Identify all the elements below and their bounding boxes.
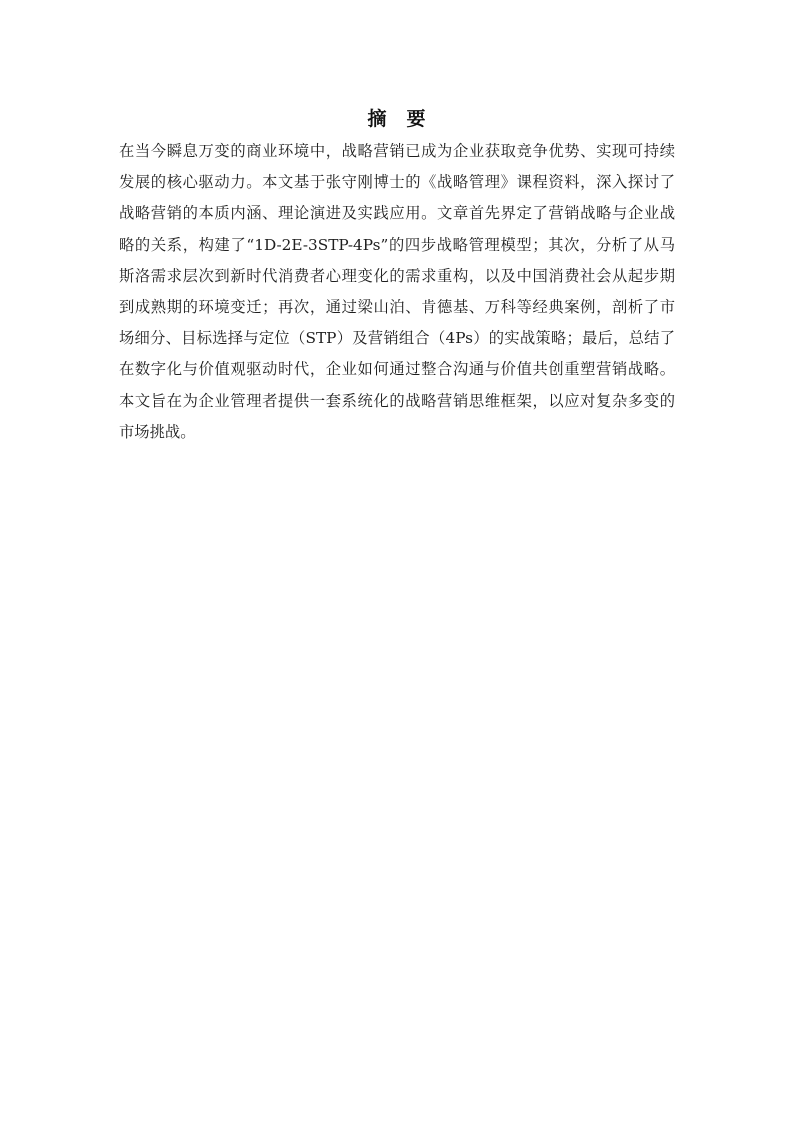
abstract-line: 本文旨在为企业管理者提供一套系统化的战略营销思维框架，以应对复杂多变的: [119, 386, 675, 417]
abstract-line: 到成熟期的环境变迁；再次，通过梁山泊、肯德基、万科等经典案例，剖析了市: [119, 292, 675, 323]
abstract-line: 市场挑战。: [119, 417, 675, 448]
abstract-line: 在当今瞬息万变的商业环境中，战略营销已成为企业获取竞争优势、实现可持续: [119, 136, 675, 167]
abstract-line: 在数字化与价值观驱动时代，企业如何通过整合沟通与价值共创重塑营销战略。: [119, 354, 675, 385]
document-page: 摘要 在当今瞬息万变的商业环境中，战略营销已成为企业获取竞争优势、实现可持续 发…: [0, 0, 793, 1122]
abstract-line: 斯洛需求层次到新时代消费者心理变化的需求重构，以及中国消费社会从起步期: [119, 261, 675, 292]
abstract-body: 在当今瞬息万变的商业环境中，战略营销已成为企业获取竞争优势、实现可持续 发展的核…: [119, 136, 675, 448]
abstract-line: 发展的核心驱动力。本文基于张守刚博士的《战略管理》课程资料，深入探讨了: [119, 167, 675, 198]
abstract-title: 摘要: [0, 104, 793, 131]
abstract-line: 略的关系，构建了“1D-2E-3STP-4Ps”的四步战略管理模型；其次，分析了…: [119, 230, 675, 261]
abstract-line: 场细分、目标选择与定位（STP）及营销组合（4Ps）的实战策略；最后，总结了: [119, 323, 675, 354]
abstract-line: 战略营销的本质内涵、理论演进及实践应用。文章首先界定了营销战略与企业战: [119, 198, 675, 229]
